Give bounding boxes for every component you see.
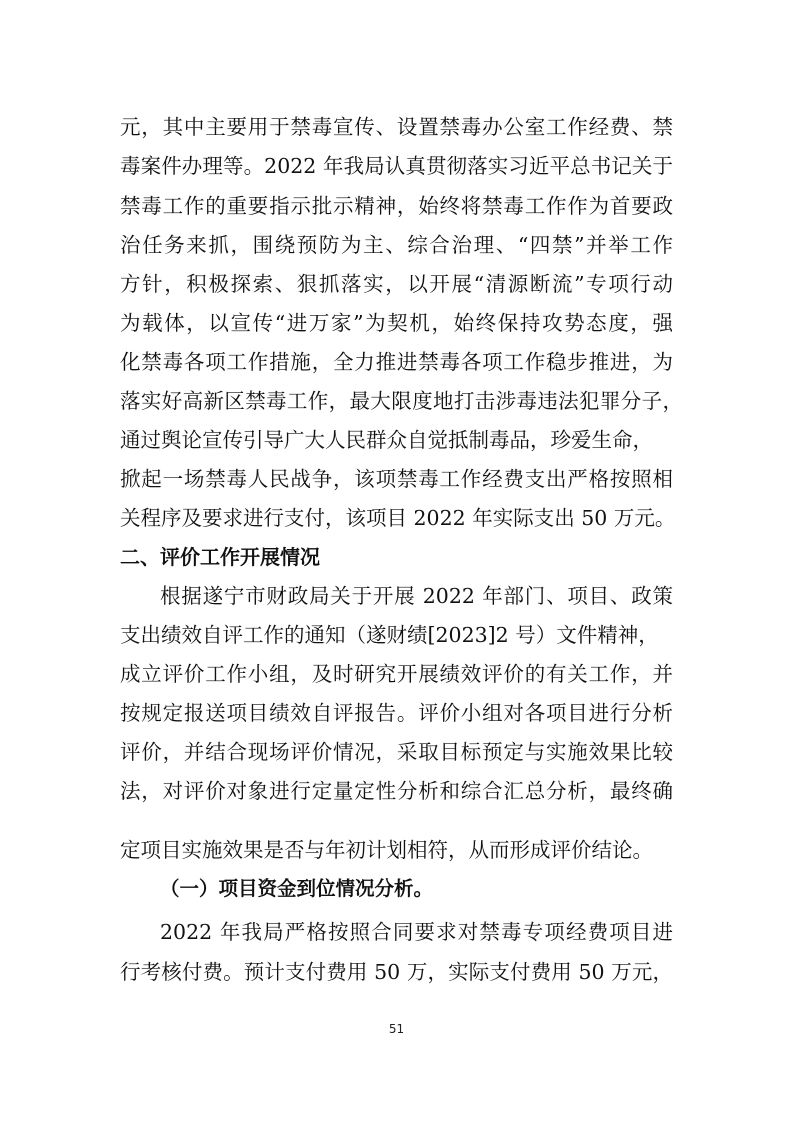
paragraph-line: 成立评价工作小组，及时研究开展绩效评价的有关工作，并 [120,659,673,689]
paragraph-line: 化禁毒各项工作措施，全力推进禁毒各项工作稳步推进，为 [120,347,673,377]
page-number: 51 [0,1022,793,1036]
paragraph-line: 定项目实施效果是否与年初计划相符，从而形成评价结论。 [120,835,673,865]
paragraph-line: 支出绩效自评工作的通知（遂财绩[2023]2 号）文件精神， [120,620,650,650]
paragraph-line: 关程序及要求进行支付，该项目 2022 年实际支出 50 万元。 [120,503,673,533]
paragraph-line: 通过舆论宣传引导广大人民群众自觉抵制毒品，珍爱生命， [120,425,650,455]
paragraph-line: 法，对评价对象进行定量定性分析和综合汇总分析，最终确 [120,776,673,806]
section-heading: 二、评价工作开展情况 [120,542,673,572]
paragraph-line: 为载体，以宣传“进万家”为契机，始终保持攻势态度，强 [120,308,673,338]
paragraph-line: 治任务来抓，围绕预防为主、综合治理、“四禁”并举工作 [120,230,673,260]
paragraph-line: 毒案件办理等。2022 年我局认真贯彻落实习近平总书记关于 [120,151,673,181]
paragraph-line: 根据遂宁市财政局关于开展 2022 年部门、项目、政策 [160,581,673,611]
paragraph-line: 落实好高新区禁毒工作，最大限度地打击涉毒违法犯罪分子， [120,386,683,416]
document-page: 元，其中主要用于禁毒宣传、设置禁毒办公室工作经费、禁 毒案件办理等。2022 年… [0,0,793,1122]
paragraph-line: 2022 年我局严格按照合同要求对禁毒专项经费项目进 [160,917,673,947]
paragraph-line: 掀起一场禁毒人民战争，该项禁毒工作经费支出严格按照相 [120,464,673,494]
paragraph-line: 元，其中主要用于禁毒宣传、设置禁毒办公室工作经费、禁 [120,112,673,142]
paragraph-line: 行考核付费。预计支付费用 50 万，实际支付费用 50 万元， [120,957,673,987]
paragraph-line: 禁毒工作的重要指示批示精神，始终将禁毒工作作为首要政 [120,191,673,221]
paragraph-line: 评价，并结合现场评价情况，采取目标预定与实施效果比较 [120,737,673,767]
paragraph-line: 按规定报送项目绩效自评报告。评价小组对各项目进行分析 [120,698,673,728]
paragraph-line: 方针，积极探索、狠抓落实，以开展“清源断流”专项行动 [120,269,673,299]
subsection-heading: （一）项目资金到位情况分析。 [160,874,713,904]
